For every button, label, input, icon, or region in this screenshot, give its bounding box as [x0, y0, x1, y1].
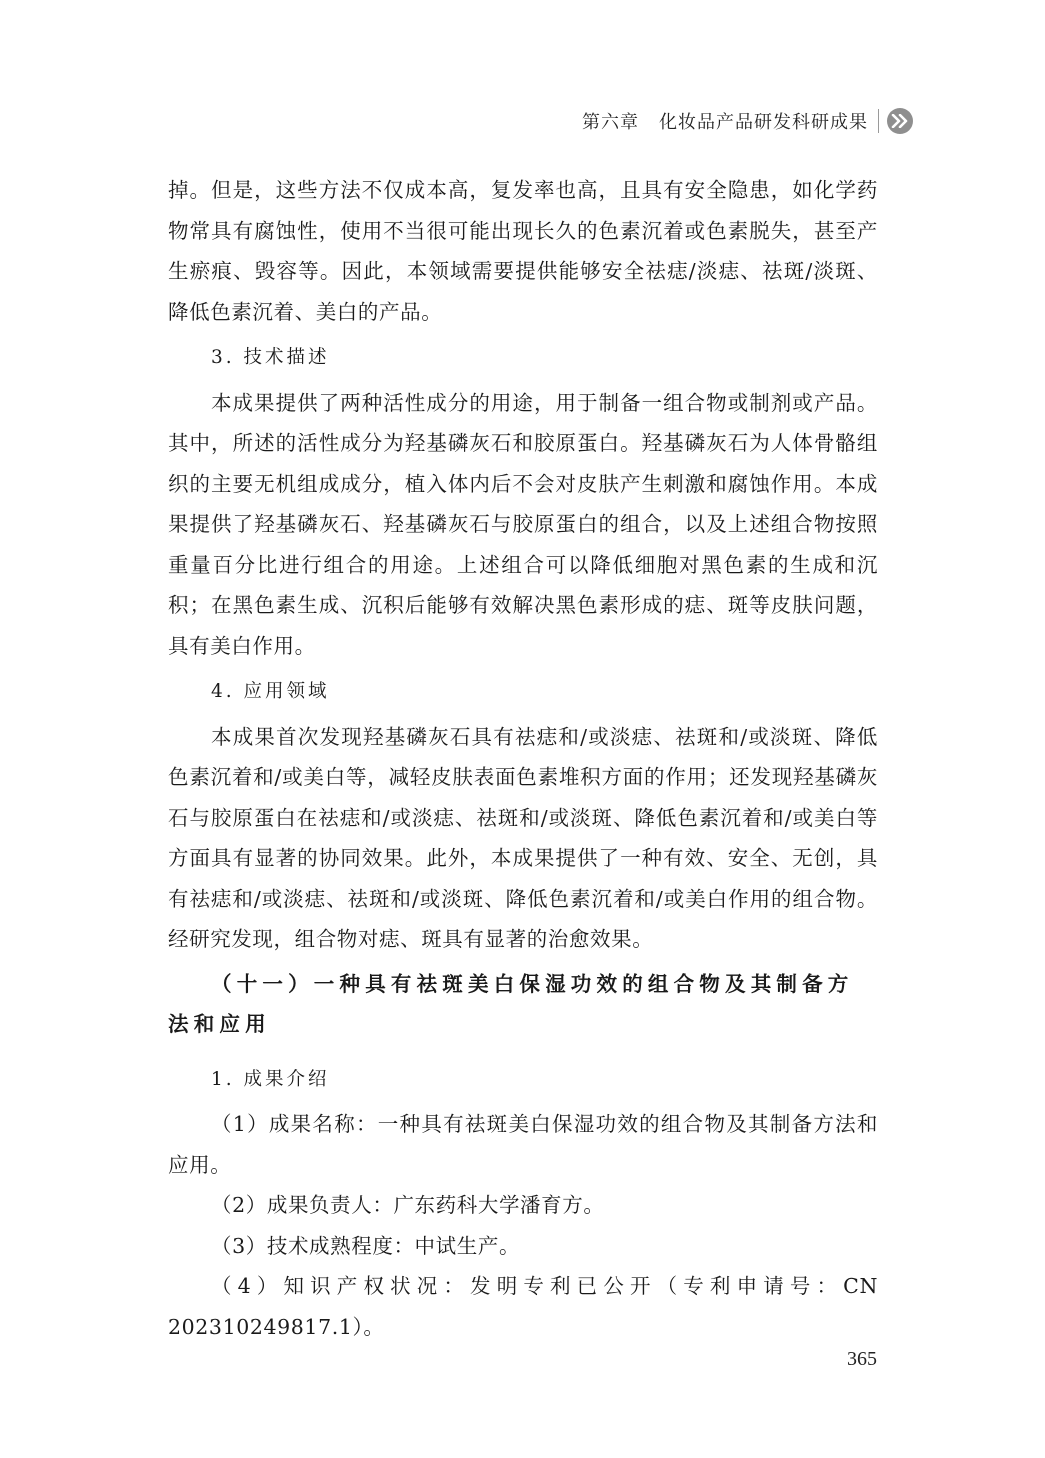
double-chevron-right-icon — [887, 108, 913, 134]
running-header: 第六章 化妆品产品研发科研成果 — [582, 106, 913, 136]
section-title-eleven: （十一）一种具有祛斑美白保湿功效的组合物及其制备方法和应用 — [168, 964, 878, 1044]
section-heading-application: 4. 应用领域 — [168, 672, 878, 713]
intro-item-maturity: （3）技术成熟程度：中试生产。 — [168, 1226, 878, 1267]
page-body: 掉。但是，这些方法不仅成本高，复发率也高，且具有安全隐患，如化学药物常具有腐蚀性… — [168, 170, 878, 1347]
section-heading-tech-description: 3. 技术描述 — [168, 338, 878, 379]
application-paragraph: 本成果首次发现羟基磷灰石具有祛痣和/或淡痣、祛斑和/或淡斑、降低色素沉着和/或美… — [168, 717, 878, 960]
chapter-label: 第六章 — [582, 108, 639, 134]
tech-description-paragraph: 本成果提供了两种活性成分的用途，用于制备一组合物或制剂或产品。其中，所述的活性成… — [168, 383, 878, 667]
header-divider — [878, 109, 879, 133]
page-number: 365 — [847, 1348, 877, 1371]
continued-paragraph: 掉。但是，这些方法不仅成本高，复发率也高，且具有安全隐患，如化学药物常具有腐蚀性… — [168, 170, 878, 332]
intro-item-ip-status: （4）知识产权状况：发明专利已公开（专利申请号：CN 202310249817.… — [168, 1266, 878, 1347]
section-heading-intro: 1. 成果介绍 — [168, 1060, 878, 1101]
intro-item-owner: （2）成果负责人：广东药科大学潘育方。 — [168, 1185, 878, 1226]
chapter-title: 化妆品产品研发科研成果 — [659, 108, 868, 134]
intro-item-name: （1）成果名称：一种具有祛斑美白保湿功效的组合物及其制备方法和应用。 — [168, 1104, 878, 1185]
